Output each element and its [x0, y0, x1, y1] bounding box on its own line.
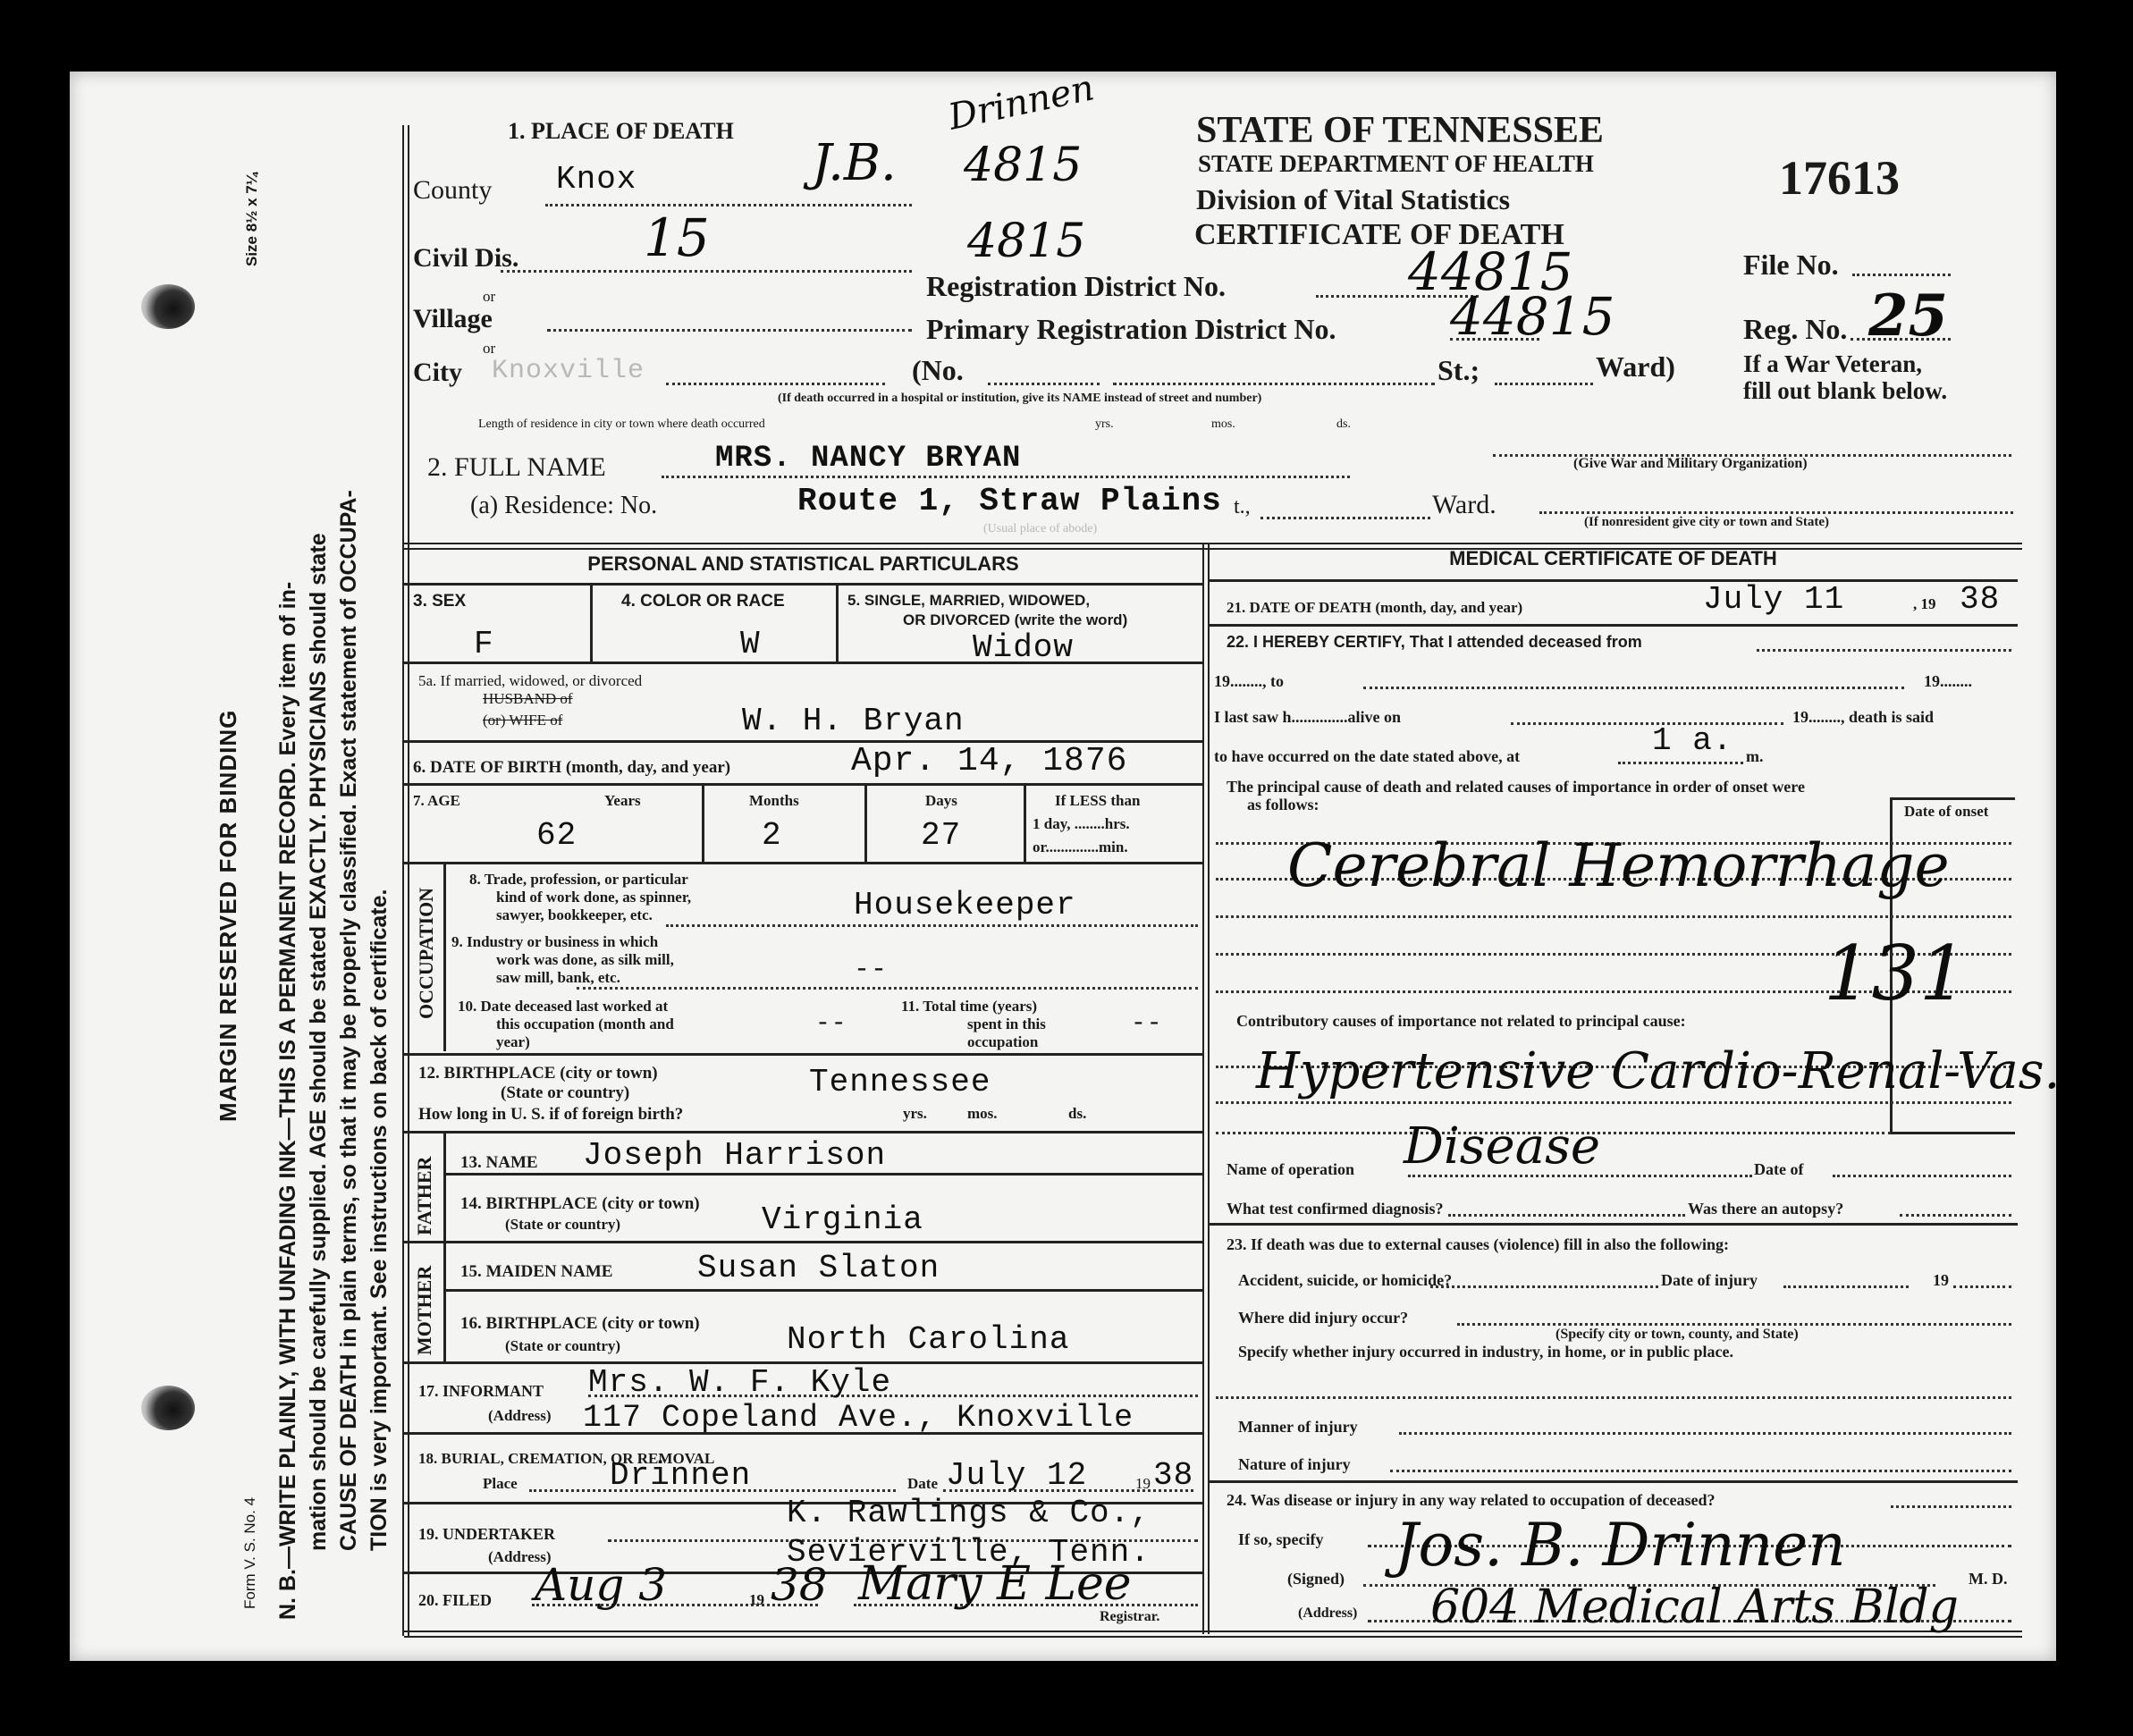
filed-date-value[interactable]: Aug 3	[535, 1559, 667, 1611]
nature-line	[1390, 1470, 2011, 1472]
margin-nb-line-1: N. B.—WRITE PLAINLY, WITH UNFADING INK—T…	[275, 582, 301, 1620]
total-time-value[interactable]: --	[1131, 1010, 1163, 1038]
file-no-label: File No.	[1743, 249, 1839, 282]
if-so-label: If so, specify	[1238, 1530, 1324, 1549]
length-residence-label: Length of residence in city or town wher…	[478, 417, 765, 432]
date-of-onset-label: Date of onset	[1904, 803, 1988, 821]
column-divider	[1202, 544, 1210, 1634]
st-label: St.;	[1437, 354, 1480, 387]
where-injury-label: Where did injury occur?	[1238, 1309, 1408, 1327]
burial-place-label: Place	[483, 1475, 518, 1493]
occupation-side-divider	[443, 864, 446, 1051]
margin-binding-note: MARGIN RESERVED FOR BINDING	[215, 710, 242, 1122]
registrar-label: Registrar.	[1100, 1609, 1159, 1625]
autopsy-label: Was there an autopsy?	[1688, 1200, 1843, 1218]
specify-where-label: Specify whether injury occurred in indus…	[1238, 1343, 1733, 1361]
test-label: What test confirmed diagnosis?	[1227, 1200, 1444, 1218]
date-of-death-year[interactable]: 38	[1960, 581, 2000, 618]
father-name-label: 13. NAME	[460, 1153, 538, 1173]
filed-year-value[interactable]: 38	[771, 1559, 828, 1611]
contributory-label: Contributory causes of importance not re…	[1236, 1012, 1686, 1031]
spouse-label-1: 5a. If married, widowed, or divorced	[418, 672, 642, 690]
contributory-value-1[interactable]: Hypertensive Cardio-Renal-Vas.	[1256, 1042, 2060, 1100]
medical-title-divider	[1209, 579, 2018, 582]
abode-note: (Usual place of abode)	[983, 522, 1097, 536]
date-of-death-value[interactable]: July 11	[1703, 581, 1844, 618]
margin-size-note: Size 8½ x 7¼	[243, 173, 261, 266]
where-injury-line	[1457, 1323, 2011, 1326]
burial-date-value[interactable]: July 12	[946, 1457, 1087, 1494]
mother-maiden-value[interactable]: Susan Slaton	[697, 1250, 940, 1286]
md-label: M. D.	[1969, 1570, 2008, 1589]
margin-nb-line-2: mation should be carefully supplied. AGE…	[306, 533, 332, 1551]
residence-ward-line	[1260, 517, 1430, 519]
certify-line	[1757, 649, 2011, 652]
village-field-line	[547, 329, 912, 332]
test-line	[1448, 1214, 1685, 1217]
date-of-death-label: 21. DATE OF DEATH (month, day, and year)	[1227, 599, 1522, 617]
primary-reg-label: Primary Registration District No.	[926, 313, 1336, 346]
time-suffix: m.	[1746, 747, 1764, 766]
date-of-death-bottom	[1209, 624, 2018, 627]
full-name-value[interactable]: MRS. NANCY BRYAN	[715, 442, 1021, 476]
last-saw-label: I last saw h..............alive on	[1214, 708, 1401, 727]
handwritten-number-1: 4815	[964, 139, 1082, 192]
sex-race-divider	[590, 585, 593, 663]
external-label: 23. If death was due to external causes …	[1227, 1235, 1729, 1254]
residence-value[interactable]: Route 1, Straw Plains	[797, 483, 1222, 519]
burial-date-label: Date	[907, 1475, 938, 1493]
marital-label-2: OR DIVORCED (write the word)	[903, 611, 1127, 629]
nonresident-note: (If nonresident give city or town and St…	[1584, 515, 1829, 530]
county-label: County	[413, 175, 492, 206]
cause-line-3	[1216, 915, 2011, 918]
trade-value[interactable]: Housekeeper	[854, 887, 1076, 923]
principal-cause-label-2: as follows:	[1247, 796, 1319, 814]
veteran-note-2: fill out blank below.	[1743, 377, 1947, 405]
foreign-yrs: yrs.	[903, 1105, 927, 1123]
no-label: (No.	[912, 354, 964, 387]
less-label-3: or..............min.	[1033, 839, 1128, 856]
or-label-2: or	[483, 340, 495, 358]
total-time-label-2: spent in this	[967, 1015, 1046, 1033]
occurred-label: to have occurred on the date stated abov…	[1214, 747, 1520, 766]
trade-label-3: sawyer, bookkeeper, etc.	[496, 906, 653, 924]
length-ds: ds.	[1336, 417, 1351, 432]
date-injury-line	[1783, 1285, 1909, 1288]
last-worked-label-1: 10. Date deceased last worked at	[458, 998, 668, 1015]
foreign-mos: mos.	[967, 1105, 998, 1123]
length-mos: mos.	[1211, 417, 1235, 432]
father-birthplace-label-2: (State or country)	[505, 1216, 620, 1234]
binding-hole-bottom	[141, 1386, 195, 1430]
trade-label-1: 8. Trade, profession, or particular	[469, 871, 688, 889]
marital-value[interactable]: Widow	[973, 629, 1074, 666]
principal-cause-label-1: The principal cause of death and related…	[1227, 778, 1805, 796]
handwritten-initials: J.B.	[812, 134, 897, 192]
date-of-line	[1833, 1175, 2011, 1177]
father-bottom	[404, 1241, 1202, 1243]
line-19-to-dots	[1363, 687, 1904, 689]
place-of-death-label: 1. PLACE OF DEATH	[508, 118, 734, 145]
mother-side-label: MOTHER	[413, 1266, 436, 1355]
less-label-2: 1 day, ........hrs.	[1033, 815, 1130, 833]
filed-year-prefix: 19	[749, 1591, 764, 1609]
nature-label: Nature of injury	[1238, 1455, 1351, 1474]
personal-title-divider	[404, 583, 1202, 586]
father-name-bottom	[445, 1173, 1202, 1176]
nonresident-line	[1539, 511, 2013, 514]
personal-section-title: PERSONAL AND STATISTICAL PARTICULARS	[404, 552, 1202, 576]
reg-no-label: Reg. No.	[1743, 313, 1847, 346]
binding-hole-top	[141, 284, 195, 329]
line-19-to: 19........, to	[1214, 672, 1284, 691]
days-value[interactable]: 27	[921, 817, 961, 854]
ward-field-line	[1495, 383, 1593, 385]
age-bottom	[404, 862, 1202, 864]
dob-value[interactable]: Apr. 14, 1876	[851, 742, 1127, 780]
last-worked-label-2: this occupation (month and	[496, 1015, 674, 1033]
handwritten-number-2: 4815	[967, 215, 1085, 268]
months-days-divider	[864, 785, 867, 864]
trade-line	[666, 924, 1198, 927]
city-field-line	[666, 383, 885, 385]
city-value[interactable]: Knoxville	[492, 356, 645, 386]
onset-box-top	[1890, 797, 2015, 800]
hospital-note: (If death occurred in a hospital or inst…	[778, 392, 1261, 406]
informant-address-label: (Address)	[488, 1407, 552, 1425]
spouse-label-3: (or) WIFE of	[483, 712, 562, 729]
civil-dis-field-line	[501, 270, 912, 273]
mother-birthplace-label-2: (State or country)	[505, 1337, 620, 1355]
last-saw-line	[1511, 722, 1783, 725]
date-of-label: Date of	[1754, 1160, 1803, 1179]
occupation-related-line	[1891, 1505, 2011, 1508]
onset-box-bottom	[1890, 1132, 2015, 1134]
manner-line	[1399, 1432, 2011, 1435]
industry-line	[577, 987, 1198, 990]
reg-no-value[interactable]: 25	[1868, 282, 1948, 350]
length-yrs: yrs.	[1095, 417, 1114, 432]
industry-value[interactable]: --	[854, 955, 888, 985]
time-line	[1618, 762, 1743, 764]
foreign-birth-label: How long in U. S. if of foreign birth?	[418, 1105, 683, 1125]
state-title: STATE OF TENNESSEE	[1196, 109, 1604, 152]
marital-label-1: 5. SINGLE, MARRIED, WIDOWED,	[847, 592, 1090, 610]
contributory-value-2[interactable]: Disease	[1404, 1117, 1600, 1176]
autopsy-line	[1900, 1214, 2011, 1217]
spouse-value[interactable]: W. H. Bryan	[742, 703, 965, 739]
mother-maiden-label: 15. MAIDEN NAME	[460, 1262, 612, 1282]
date-injury-19: 19	[1933, 1271, 1949, 1290]
foreign-ds: ds.	[1068, 1105, 1086, 1123]
days-label: Days	[925, 792, 957, 810]
occupation-side-label: OCCUPATION	[415, 888, 438, 1019]
informant-address-value[interactable]: 117 Copeland Ave., Knoxville	[583, 1400, 1134, 1436]
full-name-line	[662, 476, 1350, 478]
last-worked-value[interactable]: --	[815, 1010, 847, 1038]
date-of-death-year-prefix: , 19	[1913, 595, 1936, 613]
margin-form-id: Form V. S. No. 4	[241, 1497, 259, 1609]
department-title: STATE DEPARTMENT OF HEALTH	[1198, 150, 1594, 178]
operation-line	[1408, 1175, 1752, 1177]
physician-address-value[interactable]: 604 Medical Arts Bldg	[1430, 1580, 1959, 1634]
operation-label: Name of operation	[1227, 1160, 1354, 1179]
last-saw-19: 19........, death is said	[1792, 708, 1934, 727]
last-worked-label-3: year)	[496, 1033, 530, 1051]
occupation-related-label: 24. Was disease or injury in any way rel…	[1227, 1491, 1716, 1510]
sex-value[interactable]: F	[474, 626, 494, 662]
mother-maiden-bottom	[445, 1289, 1202, 1292]
months-label: Months	[749, 792, 799, 810]
burial-place-value[interactable]: Drinnen	[610, 1457, 751, 1494]
medical-section-title: MEDICAL CERTIFICATE OF DEATH	[1209, 547, 2018, 570]
accident-line	[1430, 1285, 1658, 1288]
dob-bottom	[404, 783, 1202, 786]
parents-side-divider	[443, 1133, 446, 1361]
birthplace-value[interactable]: Tennessee	[809, 1064, 991, 1100]
medical-22-bottom	[1209, 1223, 2018, 1226]
informant-label: 17. INFORMANT	[418, 1382, 544, 1401]
days-less-divider	[1024, 785, 1026, 864]
undertaker-label: 19. UNDERTAKER	[418, 1525, 555, 1544]
burial-year-value[interactable]: 38	[1153, 1457, 1193, 1494]
birthplace-label-1: 12. BIRTHPLACE (city or town)	[418, 1064, 658, 1083]
primary-reg-value[interactable]: 44815	[1450, 286, 1615, 347]
specify-where-line	[1216, 1396, 2011, 1399]
date-injury-year-line	[1953, 1285, 2011, 1288]
dob-label: 6. DATE OF BIRTH (month, day, and year)	[413, 758, 730, 778]
years-value[interactable]: 62	[536, 817, 577, 854]
birthplace-bottom	[404, 1131, 1202, 1133]
physician-address-label: (Address)	[1298, 1605, 1357, 1622]
division-title: Division of Vital Statistics	[1196, 183, 1510, 216]
reg-district-label: Registration District No.	[926, 270, 1226, 303]
principal-cause-value[interactable]: Cerebral Hemorrhage	[1287, 831, 1950, 900]
years-months-divider	[702, 785, 704, 864]
father-name-value[interactable]: Joseph Harrison	[583, 1137, 886, 1174]
or-label-1: or	[483, 288, 495, 306]
registrar-signature[interactable]: Mary E Lee	[858, 1557, 1132, 1611]
informant-value[interactable]: Mrs. W. F. Kyle	[588, 1364, 891, 1401]
residence-ward-label: Ward.	[1432, 490, 1496, 520]
street-field-line	[1113, 383, 1435, 385]
county-field-line	[545, 204, 912, 206]
years-label: Years	[604, 792, 641, 810]
race-marital-divider	[836, 585, 839, 663]
industry-label-2: work was done, as silk mill,	[496, 951, 674, 969]
county-value[interactable]: Knox	[556, 161, 637, 198]
civil-dis-value[interactable]: 15	[644, 207, 710, 268]
total-time-label-3: occupation	[967, 1033, 1038, 1051]
civil-dis-label: Civil Dis.	[413, 243, 518, 274]
file-no-line	[1852, 274, 1951, 276]
birthplace-label-2: (State or country)	[501, 1083, 629, 1103]
certify-label: 22. I HEREBY CERTIFY, That I attended de…	[1227, 633, 1642, 652]
industry-label-1: 9. Industry or business in which	[451, 933, 658, 951]
race-value[interactable]: W	[740, 626, 761, 662]
line-19-end: 19........	[1924, 672, 1972, 691]
mother-birthplace-label-1: 16. BIRTHPLACE (city or town)	[460, 1314, 700, 1334]
occupation-bottom	[404, 1053, 1202, 1056]
city-label: City	[413, 358, 462, 388]
specify-city-note: (Specify city or town, county, and State…	[1555, 1327, 1799, 1343]
total-time-label-1: 11. Total time (years)	[901, 998, 1037, 1015]
less-label-1: If LESS than	[1055, 792, 1140, 810]
mother-birthplace-value[interactable]: North Carolina	[787, 1321, 1069, 1358]
father-birthplace-value[interactable]: Virginia	[762, 1201, 923, 1238]
spouse-label-2: HUSBAND of	[483, 690, 573, 708]
ward-label: Ward)	[1596, 350, 1675, 383]
undertaker-value[interactable]: K. Rawlings & Co.,	[787, 1495, 1151, 1531]
signed-label: (Signed)	[1287, 1570, 1345, 1589]
months-value[interactable]: 2	[762, 817, 782, 854]
cause-code[interactable]: 131	[1824, 930, 1967, 1017]
race-label: 4. COLOR OR RACE	[621, 592, 785, 611]
no-field-line	[988, 383, 1100, 385]
certificate-number: 17613	[1779, 150, 1900, 206]
industry-label-3: saw mill, bank, etc.	[496, 969, 620, 987]
accident-label: Accident, suicide, or homicide?	[1238, 1271, 1452, 1290]
time-value[interactable]: 1 a.	[1652, 722, 1733, 759]
manner-label: Manner of injury	[1238, 1418, 1358, 1437]
frame-left-border	[402, 125, 409, 1636]
row-3-5-bottom	[404, 662, 1202, 664]
full-name-label: 2. FULL NAME	[427, 452, 606, 483]
residence-label: (a) Residence: No.	[470, 492, 657, 520]
war-org-note: (Give War and Military Organization)	[1573, 456, 1808, 472]
residence-st-suffix: t.,	[1234, 495, 1251, 519]
age-label: 7. AGE	[413, 792, 460, 810]
contributory-line-2	[1216, 1101, 2011, 1104]
father-side-label: FATHER	[413, 1157, 436, 1235]
village-label: Village	[413, 304, 493, 334]
margin-nb-line-3: CAUSE OF DEATH in plain terms, so that i…	[336, 490, 362, 1551]
margin-nb-line-4: TION is very important. See instructions…	[367, 889, 392, 1551]
date-injury-label: Date of injury	[1661, 1271, 1758, 1290]
filed-label: 20. FILED	[418, 1591, 492, 1610]
informant-bottom	[404, 1432, 1202, 1435]
father-birthplace-label-1: 14. BIRTHPLACE (city or town)	[460, 1194, 700, 1214]
medical-23-bottom	[1209, 1480, 2018, 1483]
veteran-note-1: If a War Veteran,	[1743, 350, 1922, 378]
trade-label-2: kind of work done, as spinner,	[496, 889, 691, 906]
physician-signature[interactable]: Jos. B. Drinnen	[1395, 1511, 1846, 1580]
burial-year-prefix: 19	[1135, 1475, 1151, 1493]
sex-label: 3. SEX	[413, 592, 466, 611]
